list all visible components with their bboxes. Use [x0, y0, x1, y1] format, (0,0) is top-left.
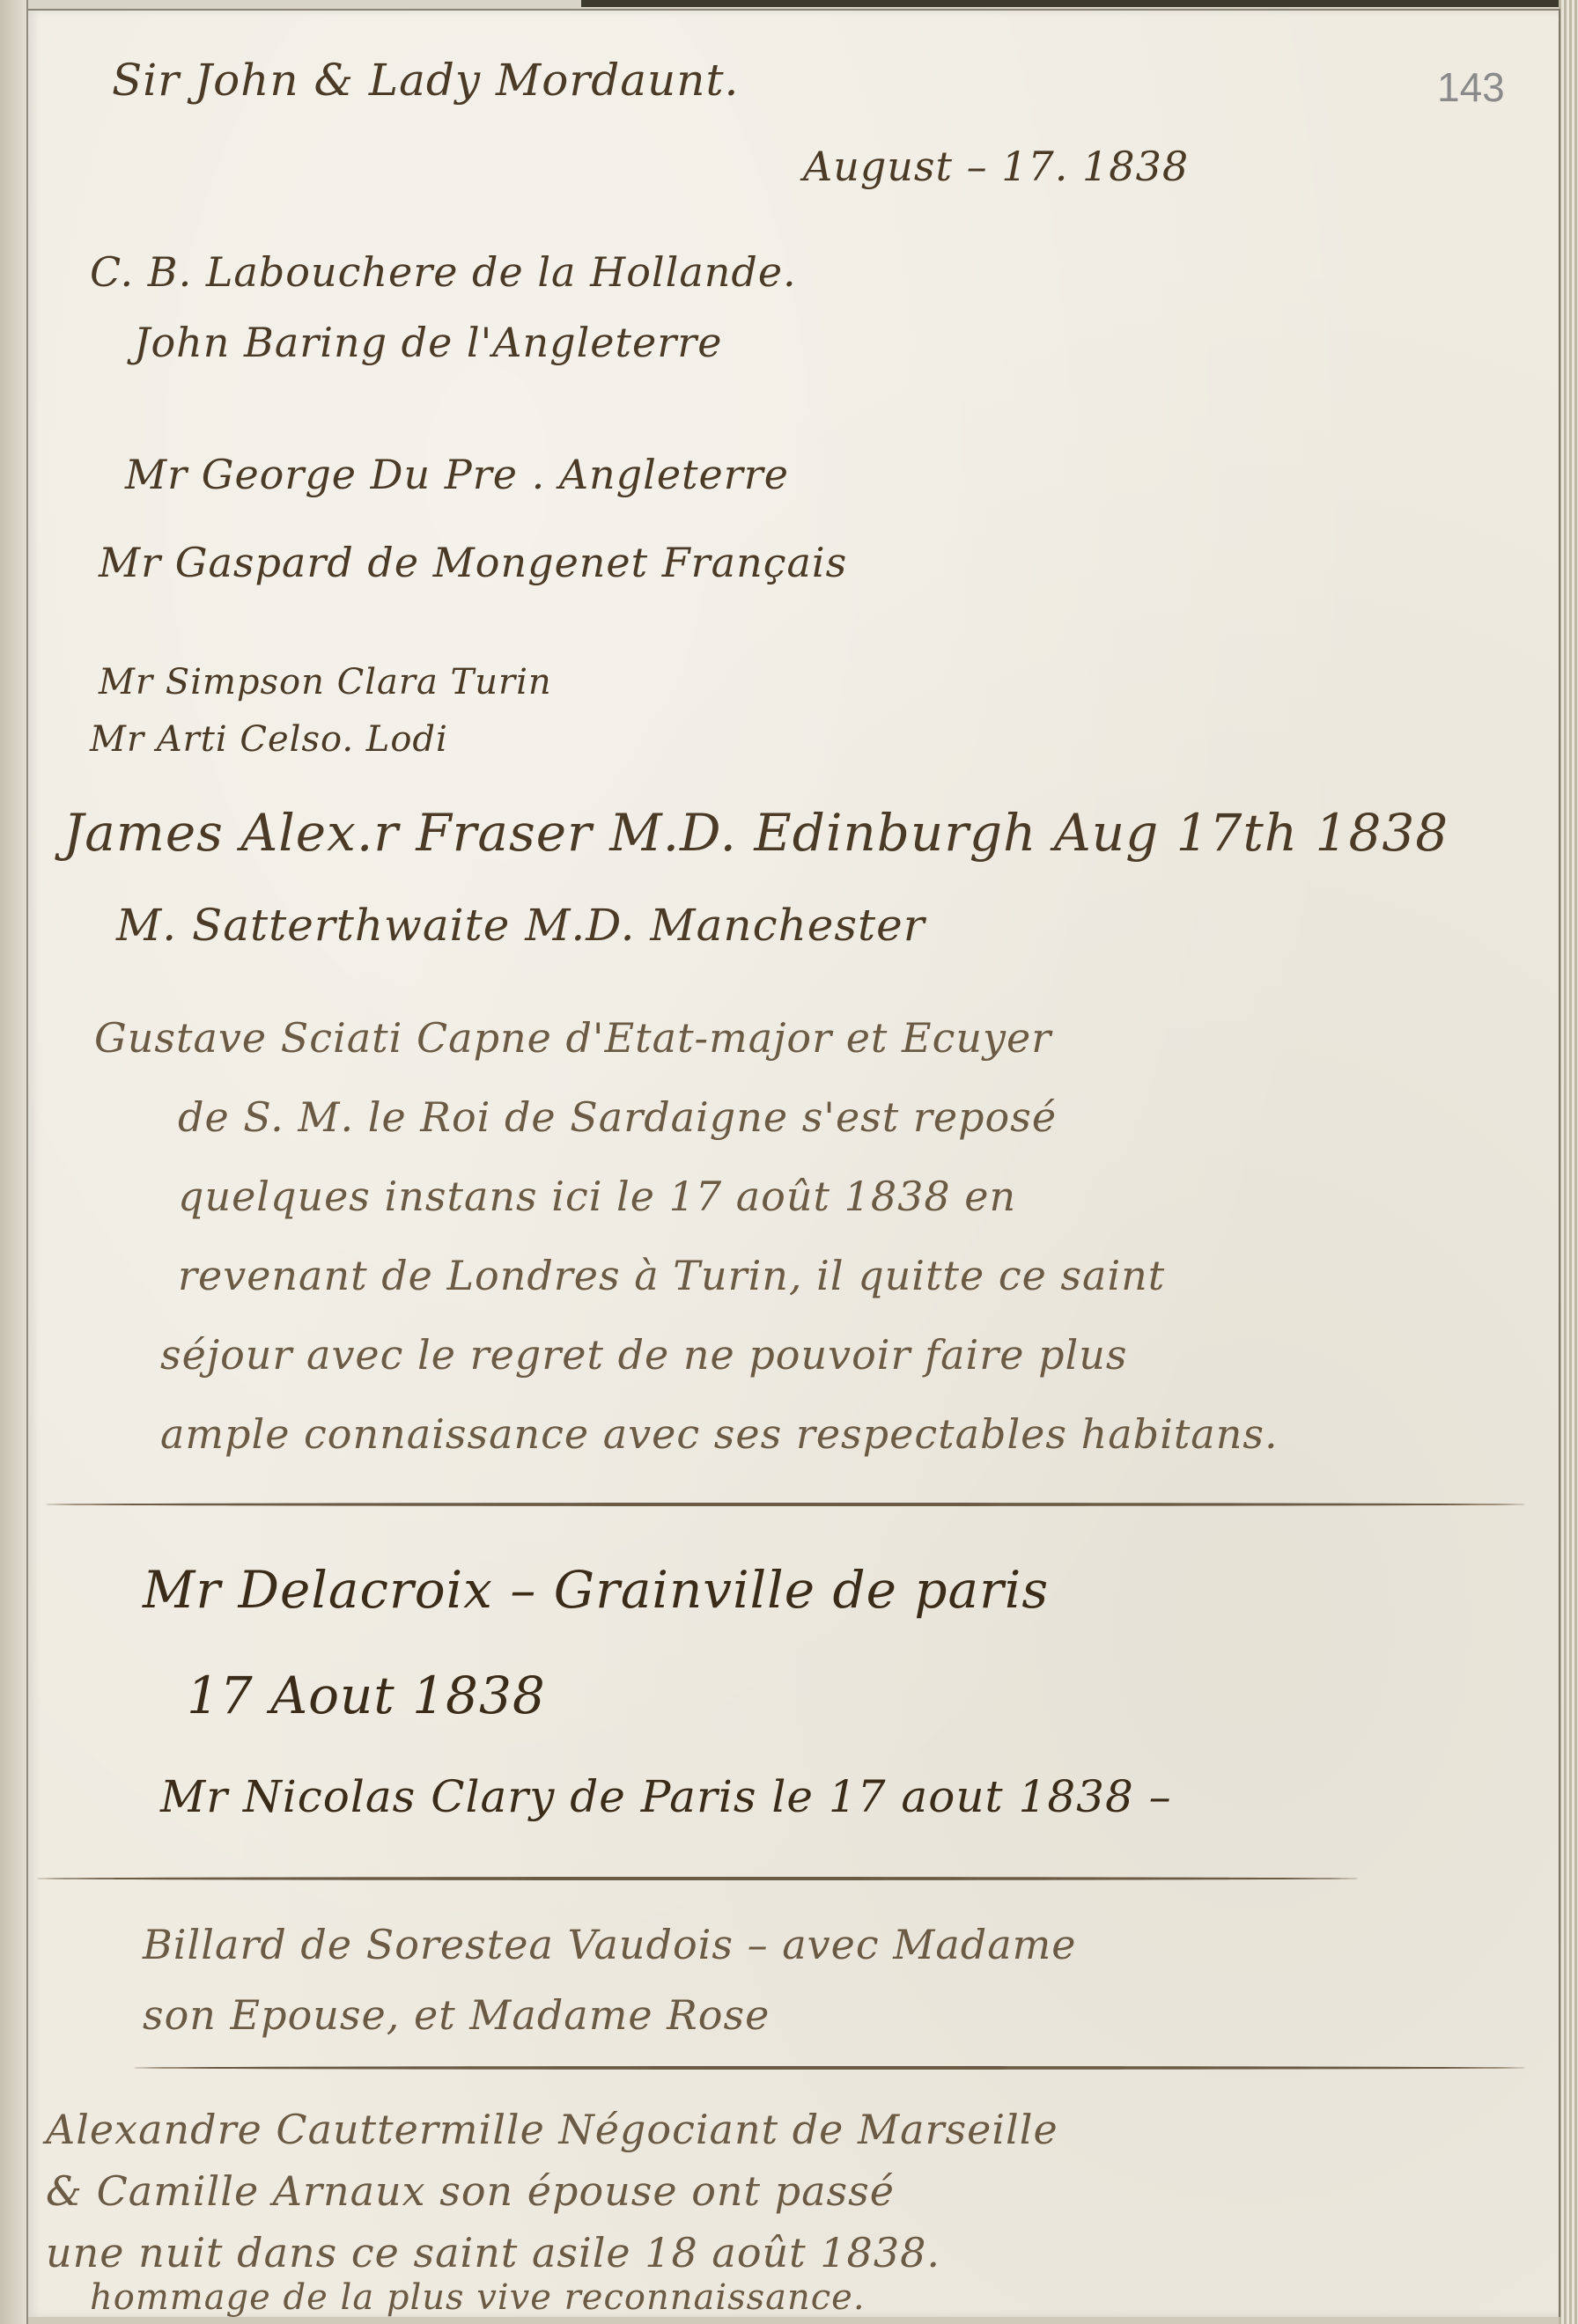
- entry-sciati-line-3: quelques instans ici le 17 août 1838 en: [178, 1173, 1016, 1220]
- book-gutter: [0, 0, 28, 2324]
- entry-mordaunt-name: Sir John & Lady Mordaunt.: [112, 55, 739, 106]
- entry-sciati-line-6: ample connaissance avec ses respectables…: [160, 1410, 1279, 1458]
- entry-sciati-line-4: revenant de Londres à Turin, il quitte c…: [178, 1252, 1165, 1299]
- entry-clary: Mr Nicolas Clary de Paris le 17 aout 183…: [160, 1771, 1172, 1822]
- divider-rule: [46, 1503, 1525, 1506]
- divider-rule: [134, 2066, 1525, 2070]
- divider-rule: [37, 1877, 1358, 1880]
- book-cover-edge: [581, 0, 1578, 7]
- entry-delacroix: Mr Delacroix – Grainville de paris: [143, 1560, 1049, 1620]
- register-page: 143 Sir John & Lady Mordaunt. August – 1…: [28, 9, 1560, 2317]
- entry-mongenet: Mr Gaspard de Mongenet Français: [99, 539, 847, 586]
- entry-labouchere: C. B. Labouchere de la Hollande.: [90, 248, 797, 296]
- entry-cauttermille-line-1: Alexandre Cauttermille Négociant de Mars…: [46, 2106, 1058, 2153]
- entry-cauttermille-line-2: & Camille Arnaux son épouse ont passé: [46, 2167, 895, 2215]
- entry-cauttermille-line-3: une nuit dans ce saint asile 18 août 183…: [46, 2229, 940, 2276]
- page-stack-edge: [1559, 0, 1578, 2324]
- entry-sciati-line-2: de S. M. le Roi de Sardaigne s'est repos…: [178, 1093, 1057, 1141]
- entry-celso: Mr Arti Celso. Lodi: [90, 719, 448, 760]
- entry-delacroix-date: 17 Aout 1838: [187, 1666, 546, 1725]
- entry-sciati-line-1: Gustave Sciati Capne d'Etat-major et Ecu…: [94, 1014, 1051, 1062]
- entry-simpson: Mr Simpson Clara Turin: [99, 662, 552, 702]
- entry-baring: John Baring de l'Angleterre: [134, 319, 722, 366]
- entry-fraser: James Alex.r Fraser M.D. Edinburgh Aug 1…: [63, 803, 1449, 863]
- entry-billard-line-1: Billard de Sorestea Vaudois – avec Madam…: [143, 1921, 1077, 1968]
- entry-mordaunt-date: August – 17. 1838: [803, 143, 1189, 190]
- entry-billard-line-2: son Epouse, et Madame Rose: [143, 1991, 770, 2039]
- entry-du-pre: Mr George Du Pre . Angleterre: [125, 451, 789, 498]
- entry-sciati-line-5: séjour avec le regret de ne pouvoir fair…: [160, 1331, 1128, 1379]
- page-number: 143: [1437, 63, 1505, 111]
- entry-cauttermille-line-4: hommage de la plus vive reconnaissance.: [90, 2277, 866, 2318]
- entry-satterthwaite: M. Satterthwaite M.D. Manchester: [116, 900, 925, 951]
